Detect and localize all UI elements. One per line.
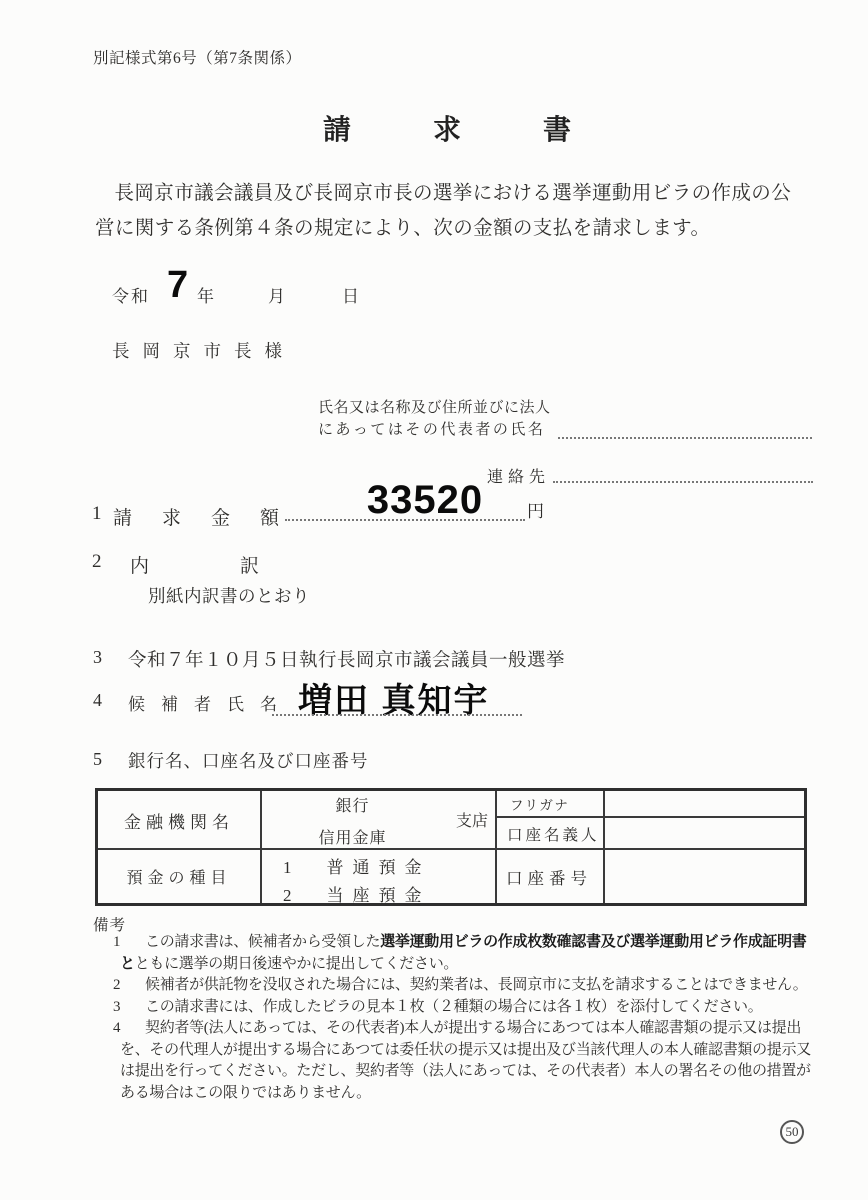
- amount-unit-label: 円: [527, 497, 544, 522]
- note-number: 1: [113, 932, 120, 954]
- form-number: 別記様式第6号（第7条関係）: [93, 46, 302, 68]
- branch-label: 支店: [456, 808, 488, 831]
- note-text: 候補者が供託物を没収された場合には、契約業者は、長岡京市に支払を請求することはで…: [145, 977, 807, 993]
- page-number-badge: 50: [780, 1120, 804, 1144]
- item3-number: 3: [93, 647, 102, 668]
- note-text: この請求書は、候補者から受領した: [145, 934, 380, 950]
- note-item-2: 2候補者が供託物を没収された場合には、契約業者は、長岡京市に支払を請求することは…: [120, 975, 813, 997]
- date-day-label: 日: [342, 282, 359, 307]
- deposit-option-current: 2 当座預金: [283, 881, 431, 906]
- item1-label: 請求金額: [113, 503, 309, 530]
- date-month-label: 月: [268, 282, 285, 307]
- item2-label: 内訳: [130, 551, 350, 578]
- note-item-3: 3この請求書には、作成したビラの見本１枚（２種類の場合には各１枚）を添付してくだ…: [120, 997, 813, 1019]
- bank-label: 銀行: [260, 793, 445, 816]
- intro-paragraph: 長岡京市議会議員及び長岡京市長の選挙における選挙運動用ビラの作成の公営に関する条…: [95, 176, 795, 246]
- note-number: 2: [113, 975, 120, 997]
- item2-number: 2: [92, 551, 102, 573]
- account-number-label: 口座番号: [495, 865, 603, 889]
- amount-value: 33520: [305, 478, 545, 523]
- item2-detail: 別紙内訳書のとおり: [148, 583, 310, 608]
- note-text: 契約者等(法人にあっては、その代表者)本人が提出する場合にあつては本人確認書類の…: [120, 1020, 811, 1101]
- contact-field: [553, 467, 813, 483]
- item1-number: 1: [92, 503, 102, 525]
- note-number: 4: [113, 1018, 120, 1040]
- deposit-option-ordinary: 1 普通預金: [283, 853, 431, 878]
- account-holder-label: 口座名義人: [507, 823, 600, 845]
- institution-label: 金融機関名: [98, 808, 260, 833]
- account-holder-value-field: [605, 818, 804, 848]
- note-item-4: 4契約者等(法人にあっては、その代表者)本人が提出する場合にあつては本人確認書類…: [120, 1018, 813, 1104]
- payee-label-line2: にあってはその代表者の氏名: [318, 418, 545, 439]
- furigana-value-field: [605, 791, 804, 816]
- item5-label: 銀行名、口座名及び口座番号: [128, 748, 369, 773]
- item5-number: 5: [93, 749, 102, 770]
- item3-election-name: 令和７年１０月５日執行長岡京市議会議員一般選挙: [128, 646, 565, 672]
- note-number: 3: [113, 997, 120, 1019]
- shinkin-label: 信用金庫: [260, 825, 445, 848]
- note-item-1: 1この請求書は、候補者から受領した選挙運動用ビラの作成枚数確認書及び選挙運動用ビ…: [120, 932, 813, 975]
- furigana-label: フリガナ: [510, 794, 569, 814]
- date-year-label: 年: [197, 282, 214, 307]
- bank-account-table: 金融機関名 銀行 信用金庫 支店 フリガナ 口座名義人 預金の種目 1 普通預金…: [95, 788, 807, 906]
- invoice-form-page: 別記様式第6号（第7条関係） 請求書 長岡京市議会議員及び長岡京市長の選挙におけ…: [0, 0, 868, 1200]
- item4-label: 候補者氏名: [128, 690, 293, 715]
- date-era-label: 令和: [112, 282, 150, 307]
- note-text: ともに選挙の期日後速やかに提出してください。: [135, 956, 458, 972]
- deposit-type-label: 預金の種目: [98, 865, 260, 888]
- payee-label-line1: 氏名又は名称及び住所並びに法人: [318, 396, 551, 417]
- page-title: 請求書: [323, 108, 653, 148]
- addressee: 長岡京市長様: [112, 338, 295, 363]
- item4-number: 4: [93, 690, 102, 711]
- date-year-value: 7: [167, 264, 188, 307]
- payee-name-field: [558, 423, 812, 439]
- notes-list: 1この請求書は、候補者から受領した選挙運動用ビラの作成枚数確認書及び選挙運動用ビ…: [93, 932, 813, 1104]
- note-text: この請求書には、作成したビラの見本１枚（２種類の場合には各１枚）を添付してくださ…: [145, 999, 762, 1015]
- account-number-value-field: [605, 850, 804, 903]
- candidate-name-field: [272, 700, 522, 716]
